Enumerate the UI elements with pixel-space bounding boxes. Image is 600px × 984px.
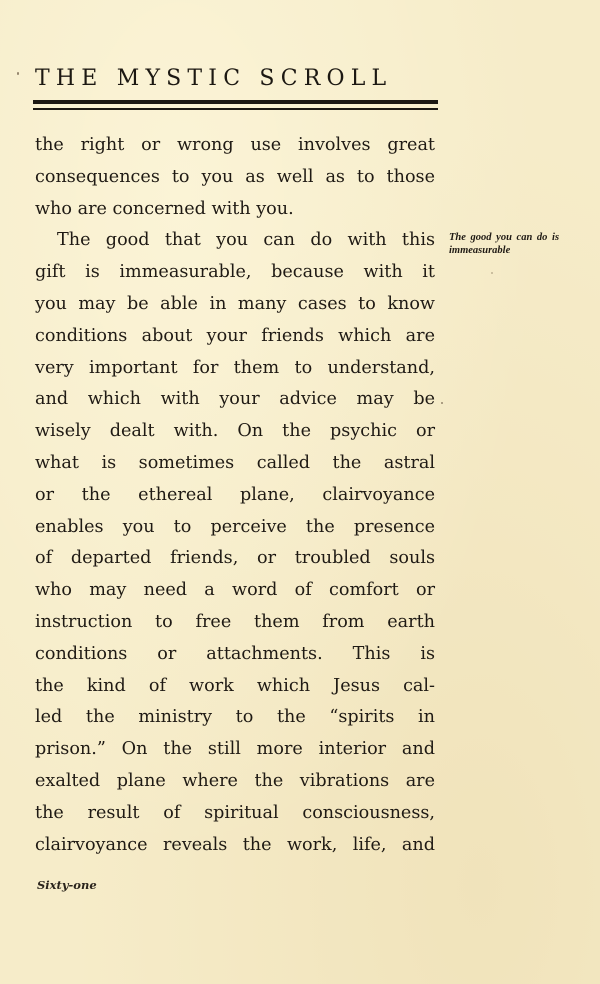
- text-line: prison.” On the still more interior and: [35, 734, 435, 766]
- text-line: or the ethereal plane, clairvoyance: [35, 480, 435, 512]
- text-line: very important for them to understand,: [35, 353, 435, 385]
- header-rule-thin: [33, 108, 438, 110]
- text-line: instruction to free them from earth: [35, 607, 435, 639]
- text-line: exalted plane where the vibrations are: [35, 766, 435, 798]
- text-line: you may be able in many cases to know: [35, 289, 435, 321]
- text-line: of departed friends, or troubled souls: [35, 543, 435, 575]
- margin-note-line: immeasurable: [449, 244, 599, 257]
- book-page: THE MYSTIC SCROLL the right or wrong use…: [0, 0, 600, 984]
- header-rule-thick: [33, 100, 438, 104]
- text-line: and which with your advice may be: [35, 384, 435, 416]
- text-line: who may need a word of comfort or: [35, 575, 435, 607]
- text-line: wisely dealt with. On the psychic or: [35, 416, 435, 448]
- paper-speck: [491, 272, 493, 274]
- text-line: conditions or attachments. This is: [35, 639, 435, 671]
- body-text: the right or wrong use involves great co…: [35, 130, 435, 861]
- text-line: The good that you can do with this: [35, 225, 435, 257]
- text-line: the kind of work which Jesus cal-: [35, 671, 435, 703]
- text-line: clairvoyance reveals the work, life, and: [35, 830, 435, 862]
- text-line: conditions about your friends which are: [35, 321, 435, 353]
- paper-speck: [441, 402, 443, 404]
- running-head-title: THE MYSTIC SCROLL: [35, 66, 439, 91]
- margin-note: The good you can do is immeasurable: [449, 231, 599, 257]
- text-line: gift is immeasurable, because with it: [35, 257, 435, 289]
- text-line: the right or wrong use involves great: [35, 130, 435, 162]
- margin-note-line: The good you can do is: [449, 231, 599, 244]
- text-line: led the ministry to the “spirits in: [35, 702, 435, 734]
- page-number: Sixty-one: [37, 878, 97, 892]
- text-line: what is sometimes called the astral: [35, 448, 435, 480]
- text-line: the result of spiritual consciousness,: [35, 798, 435, 830]
- text-line: enables you to perceive the presence: [35, 512, 435, 544]
- text-line: consequences to you as well as to those: [35, 162, 435, 194]
- text-line: who are concerned with you.: [35, 194, 435, 226]
- paper-speck: [17, 72, 19, 75]
